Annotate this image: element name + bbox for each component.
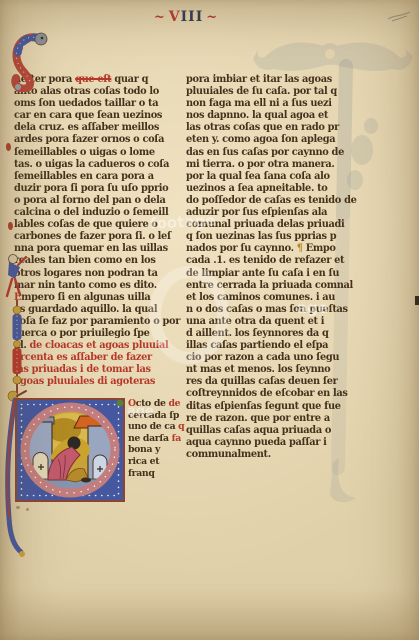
text-line: aqua caynno pueda paſſar i — [186, 437, 351, 449]
text-line: car en cara que ſean uezinos — [14, 110, 183, 122]
text-line: dela cruz. es aſſaber meillos — [14, 122, 183, 134]
text-line: das en ſus caſas por caynno de — [186, 147, 351, 159]
text-line: duzir pora ſi pora ſu uſo pprio — [14, 183, 183, 195]
text-line: franq — [128, 468, 185, 480]
bar-stem — [8, 300, 26, 401]
heading-flourish-left: ~ — [154, 10, 166, 25]
margin-paragraph-mark — [6, 143, 11, 151]
text-line: do poſſedor de caſas es tenido de — [186, 195, 351, 207]
bar-top-figure — [7, 255, 26, 297]
text-line: oms ſon uedados taillar o ta — [14, 98, 183, 110]
text-line: non faga ma ell ni a ſus uezi — [186, 98, 351, 110]
text-line: agoas pluuiales di agoteras — [14, 376, 183, 388]
text-line: uezinos a ſea apneitable. to — [186, 183, 351, 195]
text-line: nt mas et menos. los ſeynno — [186, 364, 351, 376]
text-line: comunal priuada delas priuadi — [186, 219, 351, 231]
text-line: quillas caſas aqua priuada o — [186, 425, 351, 437]
text-line: uno de ca q — [128, 421, 185, 433]
watermark-logo-ring — [147, 265, 231, 365]
text-line: ardes pora fazer ornos o coſa — [14, 134, 183, 146]
text-line: ſemeillables en cara pora a — [14, 171, 183, 183]
margin-paragraph-mark — [8, 222, 13, 230]
chapter-numeral-red: V — [169, 9, 181, 25]
text-line: cercada ſp — [128, 410, 185, 422]
text-line: Octo de de — [128, 398, 185, 410]
text-line: o pora al forno del pan o dela — [14, 195, 183, 207]
text-line: eten y. como agoa ſon aplega — [186, 134, 351, 146]
text-line: por la qual ſea ſana coſa alo — [186, 171, 351, 183]
text-line: nados por ſu caynno. ¶ Empo — [186, 243, 351, 255]
text-line: ditas eſpienſas ſegunt que fue — [186, 401, 351, 413]
text-line: aduzir por ſus eſpienſas ala — [186, 207, 351, 219]
text-line: communalment. — [186, 449, 351, 461]
pencil-folio-mark — [386, 8, 414, 24]
text-line: re de razon. que por entre a — [186, 413, 351, 425]
text-line: carbones de fazer pora ſi. o leſ — [14, 231, 183, 243]
text-line: q ſon uezinas las ſus pprias p — [186, 231, 351, 243]
text-line: nos dapnno. la qual agoa et — [186, 110, 351, 122]
text-line: lables coſas de que quiere o — [14, 219, 183, 231]
text-line: pluuiales de ſu caſa. por tal q — [186, 86, 351, 98]
initial-corner-leaf — [117, 400, 124, 407]
initial-side-column: Octo de decercada ſpuno de ca qne darſa … — [128, 398, 185, 479]
text-line: res da quillas caſas deuen ſer — [186, 376, 351, 388]
text-line: coſtreynnidos de eſcobar en las — [186, 388, 351, 400]
text-line: las priuadas i de tomar las — [14, 364, 183, 376]
text-line: ſemeillables o uigas o lome — [14, 147, 183, 159]
historiated-initial — [14, 397, 126, 503]
text-line: tas. o uigas la cadueros o coſa — [14, 159, 183, 171]
heading-flourish-right: ~ — [206, 10, 218, 25]
text-line: calcina o del induzio o ſemeill — [14, 207, 183, 219]
text-line: mi tierra. o por otra manera. — [186, 159, 351, 171]
text-line: rica et — [128, 456, 185, 468]
chapter-heading: ~VIII~ — [0, 9, 372, 25]
marginal-drollery-icon — [6, 30, 54, 92]
text-line: ne darſa fa — [128, 433, 185, 445]
chapter-numeral-dark: III — [181, 9, 204, 25]
page-edge-mark — [415, 296, 419, 305]
text-line: las otras coſas que en rado pr — [186, 122, 351, 134]
text-line: bona y — [128, 444, 185, 456]
text-line: pora imbiar et itar las agoas — [186, 74, 351, 86]
text-line: nna pora quemar en las uillas — [14, 243, 183, 255]
manuscript-page: ~VIII~ neſter pora que eſt quar qanto al… — [0, 0, 419, 640]
